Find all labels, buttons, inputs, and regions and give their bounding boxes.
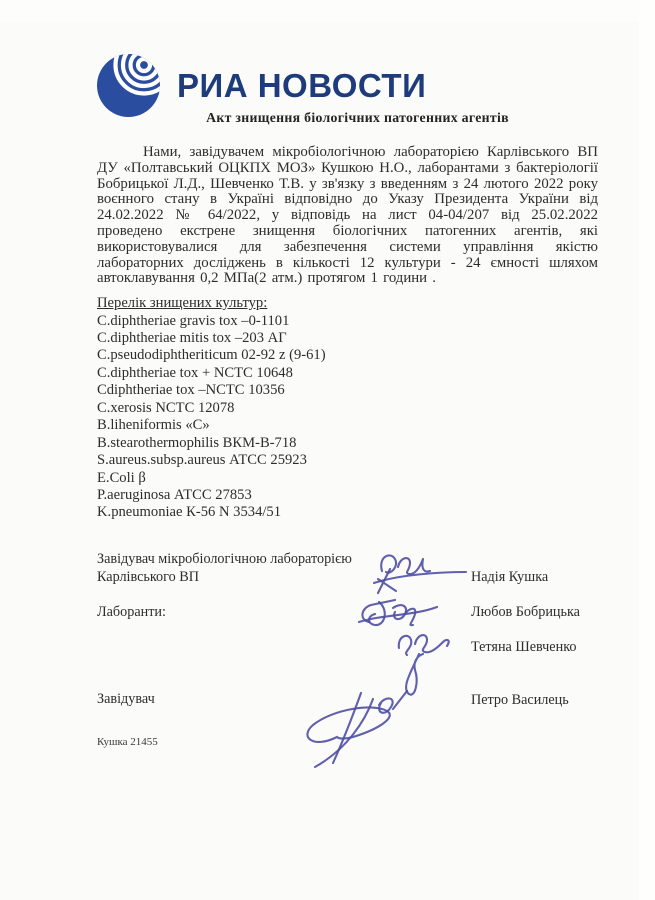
culture-item: C.diphtheriae mitis tox –203 АГ: [97, 330, 567, 347]
cultures-list: Перелік знищених культур: C.diphtheriae …: [97, 295, 567, 522]
ria-globe-icon: [97, 54, 160, 117]
culture-item: E.Coli β: [97, 470, 567, 487]
culture-item: Cdiphtheriae tox –NCTC 10356: [97, 382, 567, 399]
culture-item: S.aureus.subsp.aureus АТСС 25923: [97, 452, 567, 469]
culture-item: C.diphtheriae tox + NCTC 10648: [97, 365, 567, 382]
letterhead: РИА НОВОСТИ: [97, 54, 426, 117]
signer-name-vasylets: Петро Василець: [471, 692, 569, 709]
culture-item: B.liheniformis «С»: [97, 417, 567, 434]
signer-name-kushka: Надія Кушка: [471, 569, 548, 586]
signer-role-chief: Завідувач: [97, 691, 155, 708]
culture-item: C.xerosis NCTC 12078: [97, 400, 567, 417]
scan-edge-right: [639, 0, 655, 900]
signer-role-assistants: Лаборанти:: [97, 604, 166, 621]
culture-item: C.diphtheriae gravis tox –0-1101: [97, 313, 567, 330]
document-page: РИА НОВОСТИ Акт знищення біологічних пат…: [0, 0, 655, 900]
signer-name-shevchenko: Тетяна Шевченко: [471, 639, 576, 656]
culture-item: K.pneumoniae К-56 N 3534/51: [97, 504, 567, 521]
brand-wordmark: РИА НОВОСТИ: [177, 67, 426, 105]
footer-reference-note: Кушка 21455: [97, 736, 158, 748]
body-paragraph: Нами, завідувачем мікробіологічною лабор…: [97, 145, 598, 287]
signer-name-bobrytska: Любов Бобрицька: [471, 604, 580, 621]
document-title: Акт знищення біологічних патогенних аген…: [60, 110, 655, 126]
culture-item: B.stearothermophilis ВКМ-В-718: [97, 435, 567, 452]
cultures-list-heading: Перелік знищених культур:: [97, 295, 567, 313]
signature-vasylets: [295, 675, 415, 770]
culture-item: P.aeruginosa АТСС 27853: [97, 487, 567, 504]
culture-item: C.pseudodiphtheriticum 02-92 z (9-61): [97, 347, 567, 364]
signature-kushka: [368, 545, 468, 597]
scan-edge-top: [0, 0, 655, 22]
